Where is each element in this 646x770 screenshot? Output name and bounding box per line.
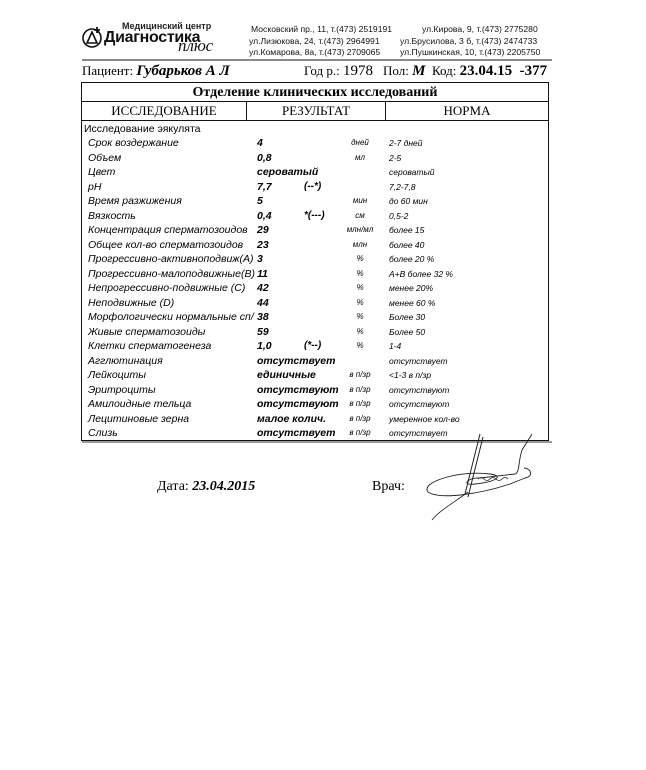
test-name: Клетки сперматогенеза [88, 340, 211, 352]
test-result: сероватый [257, 166, 318, 178]
table-row: Морфологически нормальные сп/38%Более 30 [82, 311, 548, 326]
birth-year-field: Год р.: 1978 [304, 63, 373, 80]
table-row: pH7,7(--*)7,2-7,8 [82, 181, 548, 196]
clinic-name-script: плюс [178, 36, 213, 56]
test-norm: А+В более 32 % [389, 269, 453, 279]
test-unit: % [334, 312, 386, 321]
test-name: Прогрессивно-активноподвиж(А) [88, 253, 254, 265]
test-result: 11 [257, 268, 268, 280]
date-label: Дата: [157, 479, 189, 494]
birth-year-value: 1978 [343, 63, 373, 79]
test-result: 44 [257, 297, 269, 309]
test-norm: 7,2-7,8 [389, 182, 415, 192]
test-norm: 2-5 [389, 153, 401, 163]
test-unit: в п/зр [334, 370, 386, 379]
test-result: 38 [257, 311, 269, 323]
test-norm: Более 50 [389, 327, 425, 337]
test-norm: менее 20% [389, 283, 433, 293]
test-norm: более 15 [389, 225, 424, 235]
test-result: 1,0 [257, 340, 272, 352]
test-name: Общее кол-во сперматозоидов [88, 239, 243, 251]
table-row: Цветсероватыйсероватый [82, 166, 548, 181]
test-name: Лейкоциты [88, 369, 146, 381]
header-divider [82, 59, 552, 61]
result-flag: (*--) [304, 340, 321, 351]
test-norm: более 40 [389, 240, 424, 250]
test-result: 7,7 [257, 181, 272, 193]
table-row: Лейкоцитыединичныев п/зр<1-3 в п/зр [82, 369, 548, 384]
patient-label: Пациент: [82, 63, 133, 78]
test-norm: менее 60 % [389, 298, 435, 308]
column-header-result: РЕЗУЛЬТАТ [247, 102, 386, 121]
test-name: Концентрация сперматозоидов [88, 224, 248, 236]
test-result: 29 [257, 224, 269, 236]
table-row: Прогрессивно-малоподвижные(В)11%А+В боле… [82, 268, 548, 283]
test-unit: % [334, 254, 386, 263]
table-row: Общее кол-во сперматозоидов23млнболее 40 [82, 239, 548, 254]
test-name: Объем [88, 152, 121, 164]
test-name: Эритроциты [88, 384, 156, 396]
result-flag: (--*) [304, 181, 321, 192]
test-unit: мин [334, 196, 386, 205]
test-unit: % [334, 283, 386, 292]
test-name: Срок воздержание [88, 137, 179, 149]
results-table: Отделение клинических исследований ИССЛЕ… [81, 82, 549, 441]
table-row: Лецитиновые зернамалое колич.в п/зрумере… [82, 413, 548, 428]
column-header-test: ИССЛЕДОВАНИЕ [82, 102, 247, 121]
test-result: отсутствует [257, 427, 335, 439]
test-result: 0,8 [257, 152, 272, 164]
table-row: Агглютинацияотсутствуетотсутствует [82, 355, 548, 370]
test-result: малое колич. [257, 413, 326, 425]
table-row: Вязкость0,4*(---)см0,5-2 [82, 210, 548, 225]
test-norm: 2-7 дней [389, 138, 422, 148]
table-row: Непрогрессивно-подвижные (С)42%менее 20% [82, 282, 548, 297]
test-unit: % [334, 298, 386, 307]
test-name: pH [88, 181, 101, 193]
test-norm: отсутствуют [389, 385, 449, 395]
table-row: Эритроцитыотсутствуютв п/зротсутствуют [82, 384, 548, 399]
table-row: Время разжижения5миндо 60 мин [82, 195, 548, 210]
test-norm: до 60 мин [389, 196, 428, 206]
test-unit: млн/мл [334, 225, 386, 234]
address: Московский пр., 11, т.(473) 2519191 [251, 24, 392, 34]
test-result: отсутствует [257, 355, 335, 367]
test-unit: млн [334, 240, 386, 249]
test-unit: мл [334, 153, 386, 162]
test-norm: <1-3 в п/зр [389, 370, 431, 380]
address: ул.Брусилова, 3 б, т.(473) 2474733 [400, 36, 537, 46]
test-unit: в п/зр [334, 399, 386, 408]
patient-name: Губарьков А Л [136, 63, 229, 79]
test-result: 59 [257, 326, 269, 338]
test-norm: более 20 % [389, 254, 434, 264]
address: ул.Лизюкова, 24, т.(473) 2964991 [249, 36, 380, 46]
result-flag: *(---) [304, 210, 325, 221]
test-result: отсутствуют [257, 384, 339, 396]
patient-info: Пациент: Губарьков А Л [82, 63, 230, 80]
table-row: Концентрация сперматозоидов29млн/млболее… [82, 224, 548, 239]
sex-label: Пол: [383, 63, 409, 78]
test-norm: 0,5-2 [389, 211, 408, 221]
table-row: Срок воздержание4дней2-7 дней [82, 137, 548, 152]
birth-year-label: Год р.: [304, 63, 340, 78]
doctor-signature [420, 432, 550, 522]
table-row: Живые сперматозоиды59%Более 50 [82, 326, 548, 341]
test-result: 0,4 [257, 210, 272, 222]
sex-value: М [412, 63, 425, 79]
test-result: 4 [257, 137, 263, 149]
test-result: 5 [257, 195, 263, 207]
test-name: Цвет [88, 166, 115, 178]
test-name: Неподвижные (D) [88, 297, 174, 309]
section-title: Исследование эякулята [84, 123, 200, 135]
table-row: Объем0,8мл2-5 [82, 152, 548, 167]
test-name: Время разжижения [88, 195, 182, 207]
test-result: 3 [257, 253, 263, 265]
test-name: Морфологически нормальные сп/ [88, 311, 254, 323]
column-header-norm: НОРМА [386, 102, 548, 121]
test-name: Слизь [88, 427, 118, 439]
test-unit: дней [334, 138, 386, 147]
delta-cross-icon [82, 26, 104, 48]
test-result: отсутствуют [257, 398, 339, 410]
table-row: Прогрессивно-активноподвиж(А)3%более 20 … [82, 253, 548, 268]
test-norm: 1-4 [389, 341, 401, 351]
test-name: Агглютинация [88, 355, 163, 367]
address: ул.Пушкинская, 10, т.(473) 2205750 [400, 47, 540, 57]
test-result: единичные [257, 369, 316, 381]
test-name: Амилоидные тельца [88, 398, 191, 410]
address: ул.Кирова, 9, т.(473) 2775280 [422, 24, 538, 34]
test-unit: % [334, 269, 386, 278]
doctor-label: Врач: [372, 479, 405, 495]
code-value: 23.04.15 -377 [460, 63, 548, 79]
date-field: Дата: 23.04.2015 [157, 479, 255, 495]
test-name: Живые сперматозоиды [88, 326, 205, 338]
test-unit: % [334, 327, 386, 336]
code-field: Код: 23.04.15 -377 [432, 63, 547, 80]
test-unit: в п/зр [334, 428, 386, 437]
date-value: 23.04.2015 [192, 479, 255, 494]
test-name: Лецитиновые зерна [88, 413, 189, 425]
table-row: Амилоидные тельцаотсутствуютв п/зротсутс… [82, 398, 548, 413]
test-norm: умеренное кол-во [389, 414, 460, 424]
test-result: 23 [257, 239, 269, 251]
test-unit: в п/зр [334, 414, 386, 423]
clinic-logo: Медицинский центр Диагностика плюс [82, 18, 250, 58]
code-label: Код: [432, 63, 456, 78]
table-row: Клетки сперматогенеза1,0(*--)%1-4 [82, 340, 548, 355]
test-unit: см [334, 211, 386, 220]
test-unit: в п/зр [334, 385, 386, 394]
test-norm: отсутствуют [389, 399, 449, 409]
test-name: Вязкость [88, 210, 136, 222]
test-unit: % [334, 341, 386, 350]
test-name: Непрогрессивно-подвижные (С) [88, 282, 245, 294]
test-norm: сероватый [389, 167, 434, 177]
test-result: 42 [257, 282, 269, 294]
test-norm: отсутствует [389, 356, 448, 366]
sex-field: Пол: М [383, 63, 425, 80]
address: ул.Комарова, 8а, т.(473) 2709065 [249, 47, 380, 57]
department-title: Отделение клинических исследований [82, 83, 548, 102]
test-name: Прогрессивно-малоподвижные(В) [88, 268, 255, 280]
test-norm: Более 30 [389, 312, 425, 322]
table-row: Неподвижные (D)44%менее 60 % [82, 297, 548, 312]
